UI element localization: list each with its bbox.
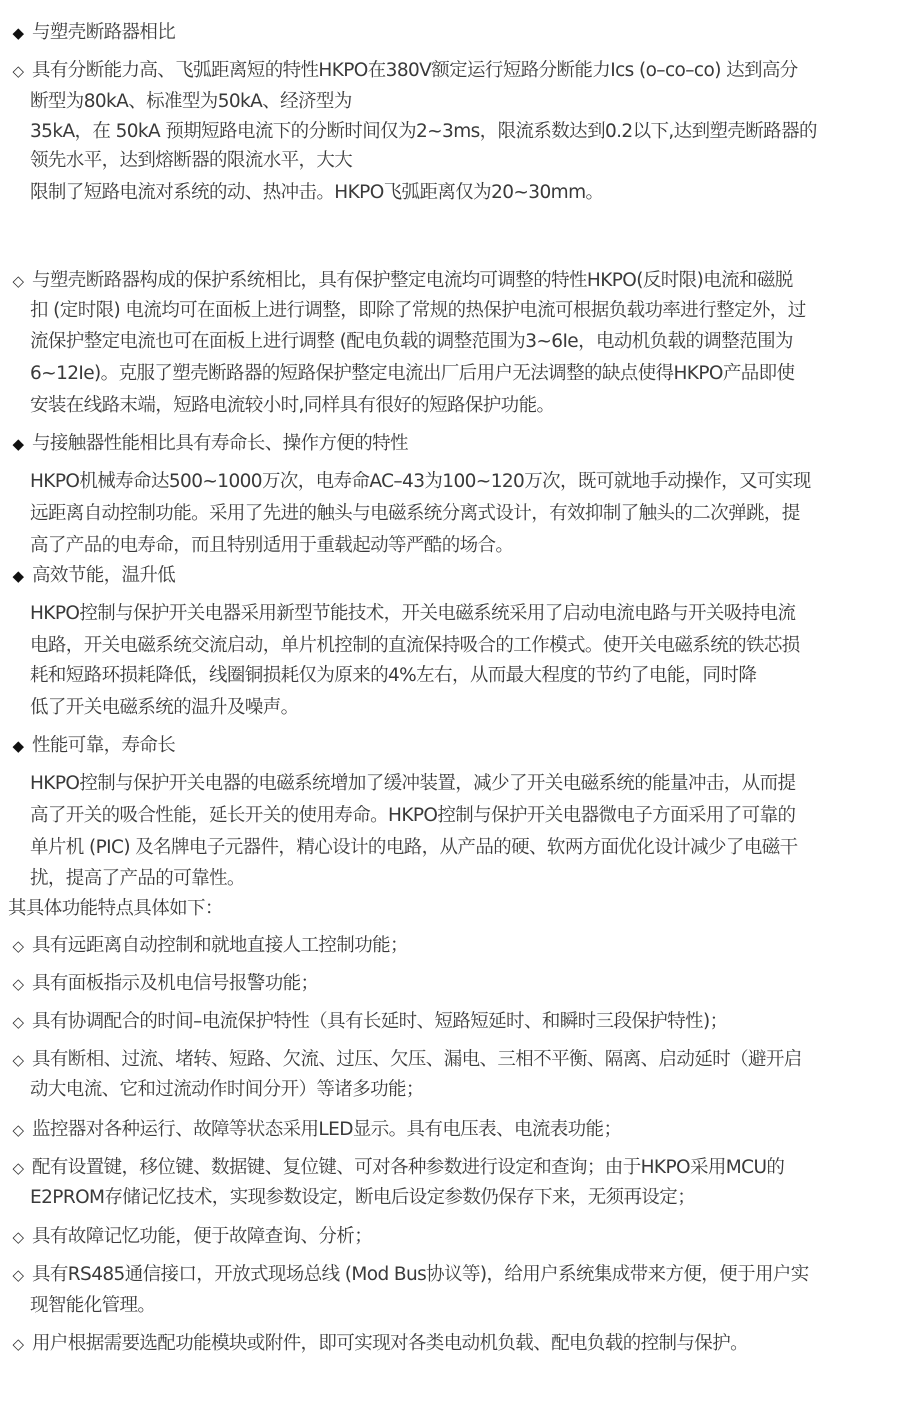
paragraph-text: 高了产品的电寿命，而且特别适用于重载起动等严酷的场合。 xyxy=(30,535,513,557)
paragraph-text: 领先水平，达到熔断器的限流水平，大大 xyxy=(30,150,352,172)
filled-diamond-bullet-icon: ◆ xyxy=(9,433,27,455)
paragraph-text: 断型为80kA、标准型为50kA、经济型为 xyxy=(30,91,352,113)
paragraph-text: HKPO机械寿命达500~1000万次，电寿命AC–43为100~120万次，既… xyxy=(30,471,811,493)
paragraph-text: 耗和短路环损耗降低，线圈铜损耗仅为原来的4%左右，从而最大程度的节约了电能，同时… xyxy=(30,665,756,687)
paragraph-text: 高了开关的吸合性能，延长开关的使用寿命。HKPO控制与保护开关电器微电子方面采用… xyxy=(30,805,795,827)
paragraph-text: 35kA，在 50kA 预期短路电流下的分断时间仅为2~3ms，限流系数达到0.… xyxy=(30,121,817,143)
hollow-diamond-bullet-icon: ◇ xyxy=(9,1049,27,1071)
paragraph-text: 扣 (定时限) 电流均可在面板上进行调整，即除了常规的热保护电流可根据负载功率进… xyxy=(30,300,806,322)
paragraph-text: 安装在线路末端，短路电流较小时,同样具有很好的短路保护功能。 xyxy=(30,395,554,417)
paragraph-text: 扰，提高了产品的可靠性。 xyxy=(30,868,245,890)
paragraph-text: 低了开关电磁系统的温升及噪声。 xyxy=(30,697,299,719)
feature-text: 监控器对各种运行、故障等状态采用LED显示。具有电压表、电流表功能； xyxy=(32,1119,621,1141)
paragraph-text: 与塑壳断路器构成的保护系统相比，具有保护整定电流均可调整的特性HKPO(反时限)… xyxy=(32,270,793,292)
feature-text: 现智能化管理。 xyxy=(30,1295,155,1317)
paragraph-text: 6~12Ie)。克服了塑壳断路器的短路保护整定电流出厂后用户无法调整的缺点使得H… xyxy=(30,363,794,385)
features-intro-text: 其具体功能特点具体如下： xyxy=(8,898,223,920)
paragraph-text: 流保护整定电流也可在面板上进行调整 (配电负载的调整范围为3~6Ie，电动机负载… xyxy=(30,331,793,353)
feature-text: 具有远距离自动控制和就地直接人工控制功能； xyxy=(32,935,408,957)
filled-diamond-bullet-icon: ◆ xyxy=(9,735,27,757)
heading-text: 高效节能，温升低 xyxy=(32,565,175,587)
hollow-diamond-bullet-icon: ◇ xyxy=(9,270,27,292)
feature-text: 动大电流、它和过流动作时间分开）等诸多功能； xyxy=(30,1079,424,1101)
hollow-diamond-bullet-icon: ◇ xyxy=(9,1157,27,1179)
hollow-diamond-bullet-icon: ◇ xyxy=(9,1264,27,1286)
feature-text: 配有设置键，移位键、数据键、复位键、可对各种参数进行设定和查询；由于HKPO采用… xyxy=(32,1157,784,1179)
feature-text: 具有故障记忆功能，便于故障查询、分析； xyxy=(32,1226,372,1248)
paragraph-text: HKPO控制与保护开关电器的电磁系统增加了缓冲装置，减少了开关电磁系统的能量冲击… xyxy=(30,773,795,795)
paragraph-text: 限制了短路电流对系统的动、热冲击。HKPO飞弧距离仅为20~30mm。 xyxy=(30,182,603,204)
hollow-diamond-bullet-icon: ◇ xyxy=(9,1011,27,1033)
filled-diamond-bullet-icon: ◆ xyxy=(9,22,27,44)
feature-text: 具有协调配合的时间–电流保护特性（具有长延时、短路短延时、和瞬时三段保护特性)； xyxy=(32,1011,727,1033)
hollow-diamond-bullet-icon: ◇ xyxy=(9,1119,27,1141)
feature-text: 用户根据需要选配功能模块或附件，即可实现对各类电动机负载、配电负载的控制与保护。 xyxy=(32,1333,748,1355)
heading-text: 性能可靠，寿命长 xyxy=(32,735,175,757)
heading-text: 与接触器性能相比具有寿命长、操作方便的特性 xyxy=(32,433,408,455)
heading-text: 与塑壳断路器相比 xyxy=(32,22,175,44)
hollow-diamond-bullet-icon: ◇ xyxy=(9,1226,27,1248)
feature-text: 具有面板指示及机电信号报警功能； xyxy=(32,973,318,995)
hollow-diamond-bullet-icon: ◇ xyxy=(9,60,27,82)
filled-diamond-bullet-icon: ◆ xyxy=(9,565,27,587)
paragraph-text: 远距离自动控制功能。采用了先进的触头与电磁系统分离式设计，有效抑制了触头的二次弹… xyxy=(30,503,800,525)
hollow-diamond-bullet-icon: ◇ xyxy=(9,973,27,995)
paragraph-text: HKPO控制与保护开关电器采用新型节能技术，开关电磁系统采用了启动电流电路与开关… xyxy=(30,603,795,625)
hollow-diamond-bullet-icon: ◇ xyxy=(9,935,27,957)
feature-text: 具有断相、过流、堵转、短路、欠流、过压、欠压、漏电、三相不平衡、隔离、启动延时（… xyxy=(32,1049,802,1071)
hollow-diamond-bullet-icon: ◇ xyxy=(9,1333,27,1355)
paragraph-text: 具有分断能力高、飞弧距离短的特性HKPO在380V额定运行短路分断能力Ics (… xyxy=(32,60,798,82)
paragraph-text: 单片机 (PIC) 及名牌电子元器件，精心设计的电路，从产品的硬、软两方面优化设… xyxy=(30,837,798,859)
feature-text: 具有RS485通信接口，开放式现场总线 (Mod Bus协议等)，给用户系统集成… xyxy=(32,1264,809,1286)
feature-text: E2PROM存储记忆技术，实现参数设定，断电后设定参数仍保存下来，无须再设定； xyxy=(30,1187,695,1209)
paragraph-text: 电路，开关电磁系统交流启动，单片机控制的直流保持吸合的工作模式。使开关电磁系统的… xyxy=(30,635,800,657)
